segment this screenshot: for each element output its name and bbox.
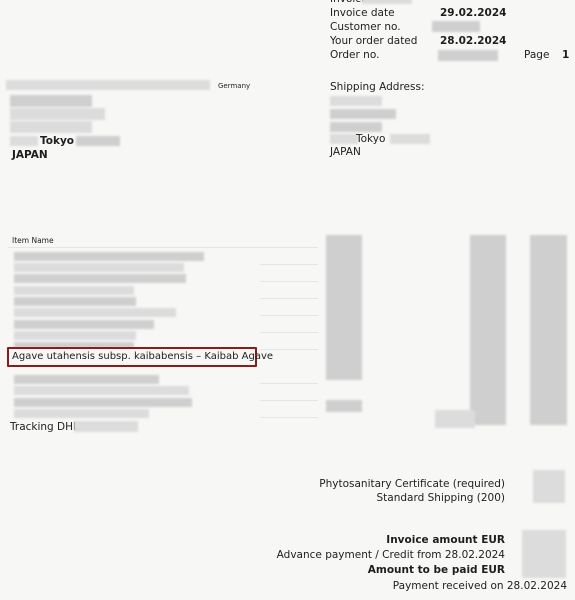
invoice-amount-label: Invoice amount EUR (386, 533, 505, 547)
row-divider (260, 417, 318, 418)
item-row-redacted (14, 386, 189, 395)
billing-city: Tokyo (40, 134, 74, 148)
billing-country: JAPAN (12, 148, 48, 162)
row-divider (260, 400, 318, 401)
order-dated-label: Your order dated (330, 34, 417, 48)
tracking-number-redacted (74, 421, 138, 432)
shipping-postcode-redacted (390, 134, 430, 144)
item-row-redacted (14, 331, 136, 340)
customer-no-redacted (432, 21, 480, 32)
sender-redacted (6, 80, 210, 90)
shipping-line-redacted (330, 96, 382, 106)
billing-postcode-redacted (76, 136, 120, 146)
invoice-date-label: Invoice date (330, 6, 395, 20)
item-row-redacted (14, 286, 134, 295)
page-label: Page (524, 48, 549, 62)
item-row-redacted (14, 375, 159, 384)
sender-country: Germany (218, 82, 250, 90)
item-row-redacted (14, 263, 184, 272)
charges-amount-redacted (533, 470, 565, 503)
unit-price-column-redacted (470, 235, 506, 425)
totals-amount-redacted (522, 530, 566, 578)
invoice-date-value: 29.02.2024 (440, 6, 506, 20)
customer-no-label: Customer no. (330, 20, 401, 34)
shipping-line-redacted (330, 134, 358, 144)
amount-due-label: Amount to be paid EUR (368, 563, 505, 577)
row-divider (260, 281, 318, 282)
shipping-country: JAPAN (330, 145, 361, 159)
tracking-label: Tracking DHL: (10, 420, 82, 434)
item-row-redacted (14, 274, 186, 283)
row-divider (8, 247, 318, 248)
advance-payment-label: Advance payment / Credit from 28.02.2024 (277, 548, 505, 562)
order-no-label: Order no. (330, 48, 379, 62)
item-row-redacted (14, 252, 204, 261)
quantity-column-redacted (326, 235, 362, 380)
order-dated-value: 28.02.2024 (440, 34, 506, 48)
payment-received: Payment received on 28.02.2024 (393, 579, 567, 593)
charge-shipping: Standard Shipping (200) (377, 491, 505, 505)
quantity-column-redacted (326, 400, 362, 412)
billing-line-redacted (10, 121, 92, 133)
shipping-address-label: Shipping Address: (330, 80, 425, 94)
charge-phytosanitary: Phytosanitary Certificate (required) (319, 477, 505, 491)
item-row-redacted (14, 320, 154, 329)
row-divider (260, 298, 318, 299)
shipping-line-redacted (330, 109, 396, 119)
shipping-city: Tokyo (356, 132, 385, 146)
row-divider (260, 315, 318, 316)
billing-line-redacted (10, 136, 38, 146)
shipping-line-redacted (330, 122, 382, 132)
row-divider (260, 383, 318, 384)
item-row-redacted (14, 409, 149, 418)
item-row-redacted (14, 297, 136, 306)
item-name-header: Item Name (12, 236, 54, 245)
item-row-redacted (14, 398, 192, 407)
invoice-no-redacted (362, 0, 412, 4)
highlighted-item-name: Agave utahensis subsp. kaibabensis – Kai… (12, 350, 273, 364)
row-divider (260, 264, 318, 265)
order-no-redacted (438, 50, 498, 61)
billing-line-redacted (10, 95, 92, 107)
total-column-redacted (530, 235, 567, 425)
page-number: 1 (562, 48, 569, 62)
unit-price-column-redacted (435, 410, 475, 428)
billing-line-redacted (10, 108, 105, 120)
item-row-redacted (14, 308, 176, 317)
row-divider (260, 332, 318, 333)
